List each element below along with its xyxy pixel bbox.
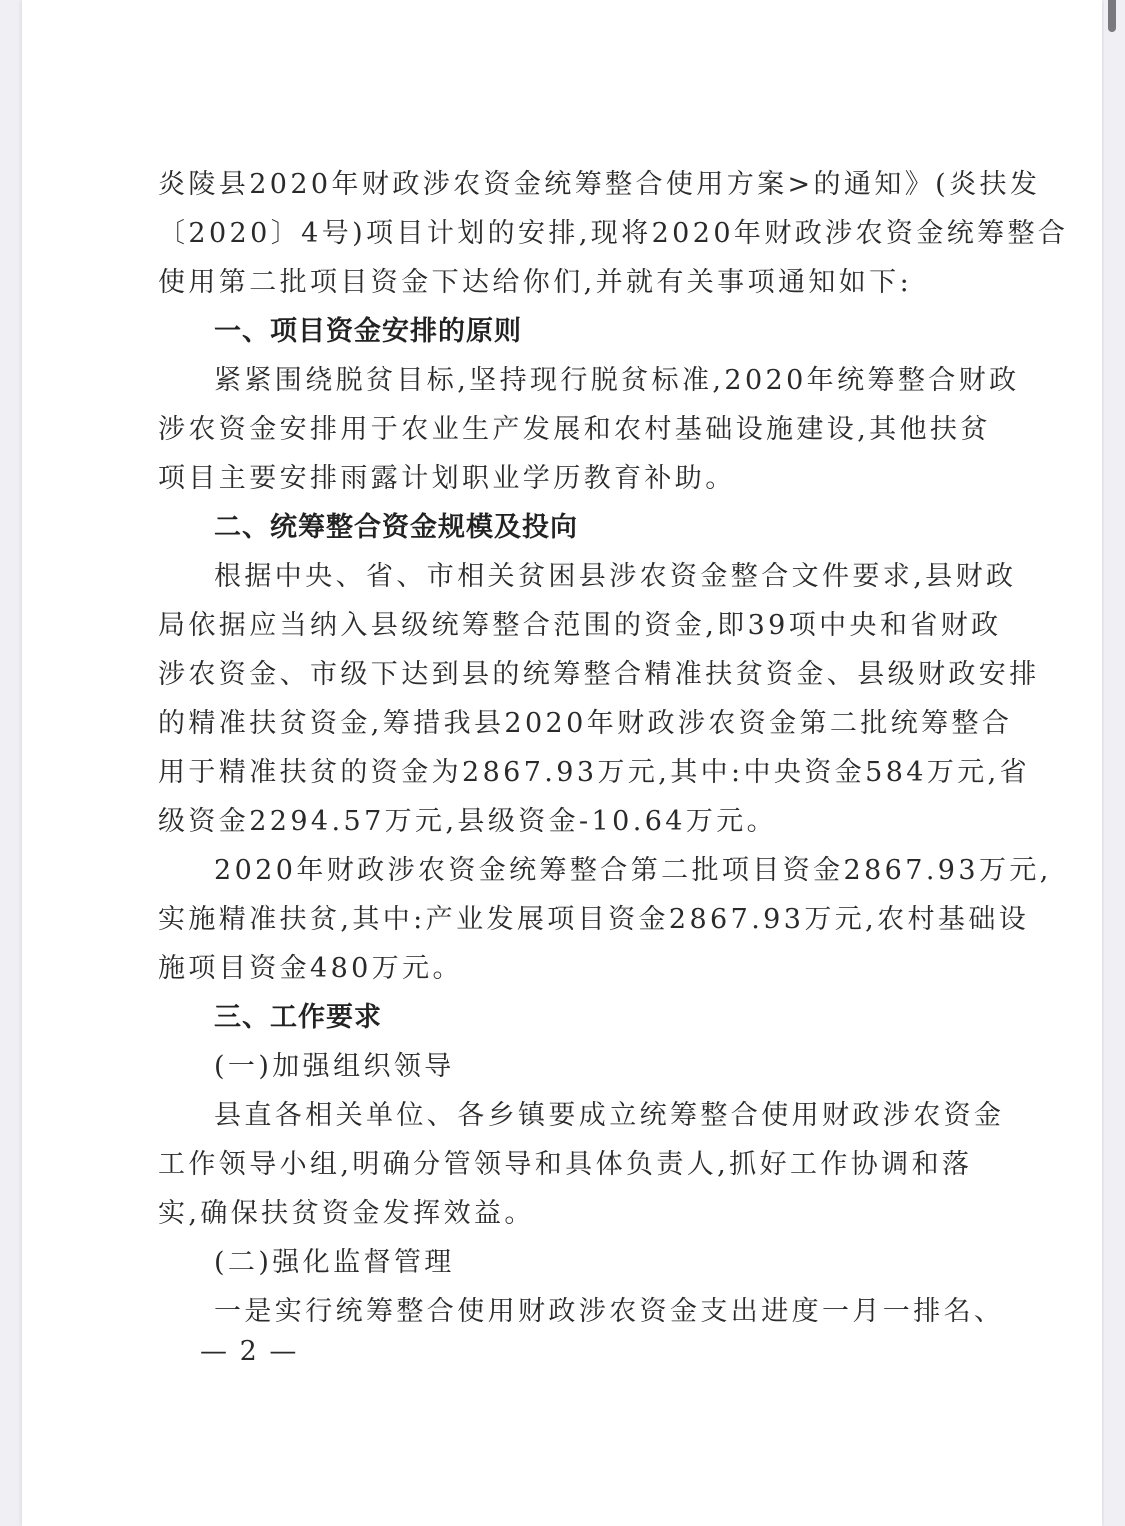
text-line: 工作领导小组,明确分管领导和具体负责人,抓好工作协调和落	[158, 1140, 958, 1189]
subsection-heading-leadership: (一)加强组织领导	[158, 1042, 958, 1091]
text-line: 实施精准扶贫,其中:产业发展项目资金2867.93万元,农村基础设	[158, 895, 958, 944]
text-line: 级资金2294.57万元,县级资金-10.64万元。	[158, 797, 958, 846]
text-line: 局依据应当纳入县级统筹整合范围的资金,即39项中央和省财政	[158, 601, 958, 650]
subsection-heading-supervision: (二)强化监督管理	[158, 1238, 958, 1287]
section-heading-scale: 二、统筹整合资金规模及投向	[158, 503, 958, 552]
scrollbar-thumb[interactable]	[1108, 0, 1116, 32]
text-line: 〔2020〕4号)项目计划的安排,现将2020年财政涉农资金统筹整合	[158, 209, 958, 258]
text-line: 用于精准扶贫的资金为2867.93万元,其中:中央资金584万元,省	[158, 748, 958, 797]
section-heading-principles: 一、项目资金安排的原则	[158, 307, 958, 356]
scrollbar-track[interactable]	[1104, 0, 1125, 1526]
text-line: 的精准扶贫资金,筹措我县2020年财政涉农资金第二批统筹整合	[158, 699, 958, 748]
text-line: 施项目资金480万元。	[158, 944, 958, 993]
text-line: 炎陵县2020年财政涉农资金统筹整合使用方案>的通知》(炎扶发	[158, 160, 958, 209]
document-viewer: 炎陵县2020年财政涉农资金统筹整合使用方案>的通知》(炎扶发 〔2020〕4号…	[0, 0, 1125, 1526]
paragraph-start: 根据中央、省、市相关贫困县涉农资金整合文件要求,县财政	[158, 552, 958, 601]
paragraph-start: 2020年财政涉农资金统筹整合第二批项目资金2867.93万元,	[158, 846, 958, 895]
paragraph-start: 县直各相关单位、各乡镇要成立统筹整合使用财政涉农资金	[158, 1091, 958, 1140]
document-body: 炎陵县2020年财政涉农资金统筹整合使用方案>的通知》(炎扶发 〔2020〕4号…	[158, 160, 958, 1336]
section-heading-requirements: 三、工作要求	[158, 993, 958, 1042]
text-line: 项目主要安排雨露计划职业学历教育补助。	[158, 454, 958, 503]
page-number: — 2 —	[200, 1336, 298, 1367]
text-line: 使用第二批项目资金下达给你们,并就有关事项通知如下:	[158, 258, 958, 307]
text-line: 实,确保扶贫资金发挥效益。	[158, 1189, 958, 1238]
document-page: 炎陵县2020年财政涉农资金统筹整合使用方案>的通知》(炎扶发 〔2020〕4号…	[22, 0, 1102, 1526]
text-line: 涉农资金、市级下达到县的统筹整合精准扶贫资金、县级财政安排	[158, 650, 958, 699]
paragraph-start: 紧紧围绕脱贫目标,坚持现行脱贫标准,2020年统筹整合财政	[158, 356, 958, 405]
paragraph-start: 一是实行统筹整合使用财政涉农资金支出进度一月一排名、	[158, 1287, 958, 1336]
text-line: 涉农资金安排用于农业生产发展和农村基础设施建设,其他扶贫	[158, 405, 958, 454]
